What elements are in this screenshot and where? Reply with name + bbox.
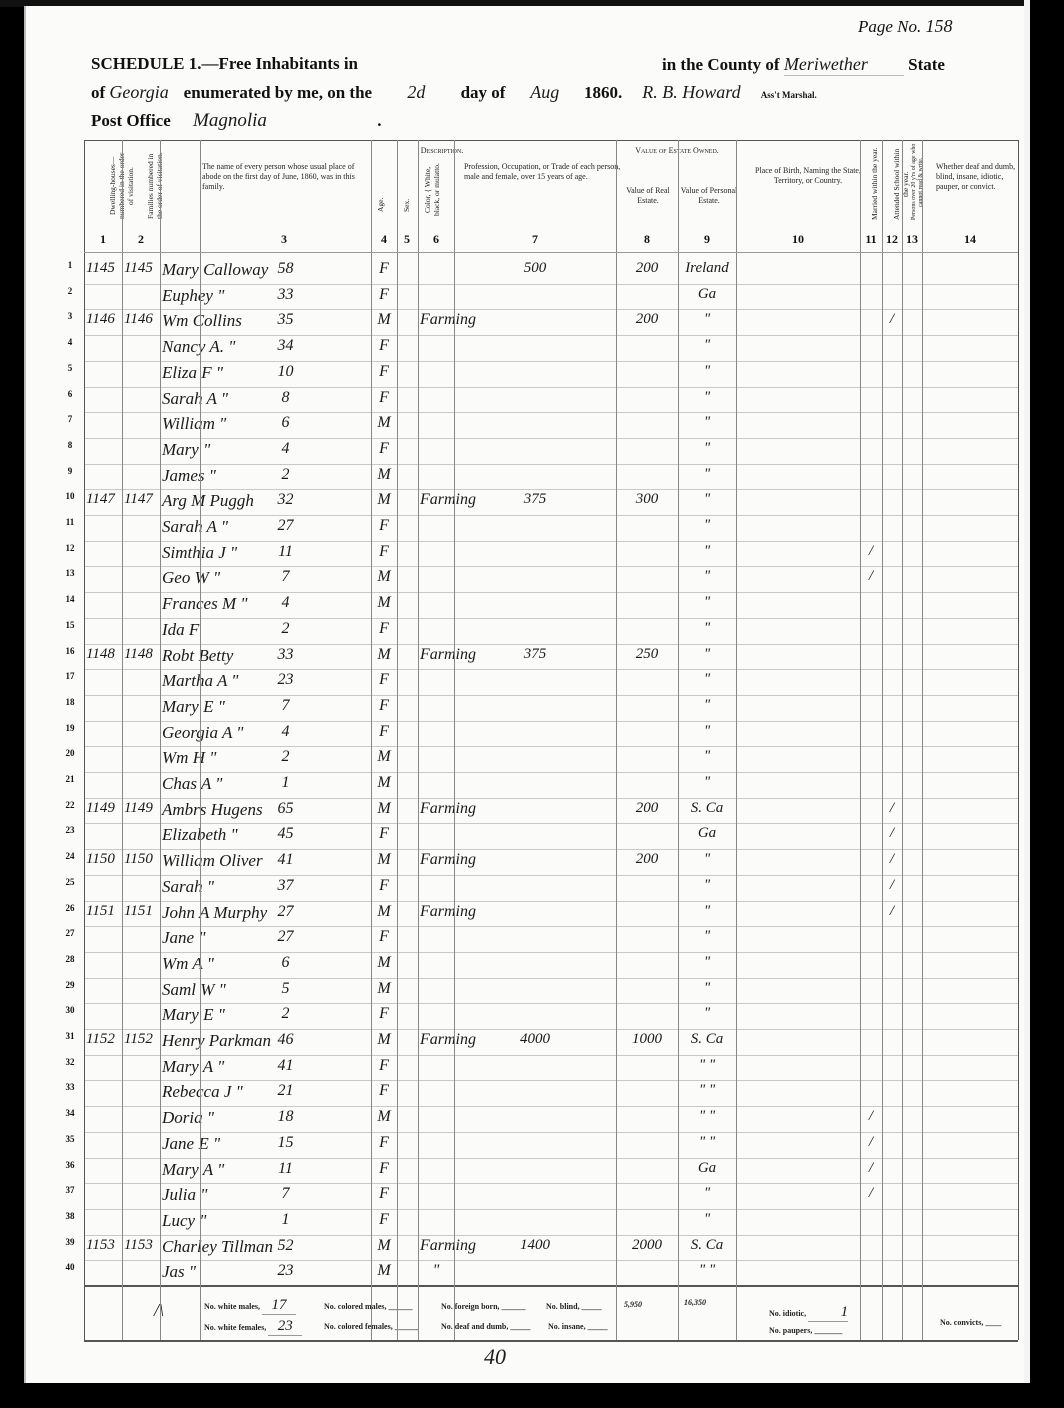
cell-personal: 1000 bbox=[618, 1031, 676, 1048]
year: 1860. bbox=[584, 83, 622, 102]
line-number-left: 18 bbox=[60, 697, 80, 707]
cell-birth: " " bbox=[680, 1082, 734, 1099]
cell-age: 1 bbox=[202, 1211, 369, 1229]
row-rule bbox=[84, 438, 1018, 439]
line-number-left: 10 bbox=[60, 491, 80, 501]
line-number-left: 33 bbox=[60, 1082, 80, 1092]
cell-sex: F bbox=[373, 697, 395, 715]
enumerated-label: enumerated by me, on the bbox=[184, 83, 372, 102]
cell-c13: / bbox=[884, 877, 900, 894]
line-number-left: 6 bbox=[60, 389, 80, 399]
cell-age: 6 bbox=[202, 414, 369, 432]
line-number-left: 19 bbox=[60, 723, 80, 733]
row-rule bbox=[84, 1003, 1018, 1004]
cell-age: 4 bbox=[202, 594, 369, 612]
colored-males-label: No. colored males, bbox=[324, 1302, 387, 1311]
cell-sex: M bbox=[373, 1108, 395, 1126]
cell-real: 500 bbox=[456, 260, 614, 277]
line-number-left: 25 bbox=[60, 877, 80, 887]
cell-age: 4 bbox=[202, 723, 369, 741]
cell-birth: Ga bbox=[680, 1160, 734, 1177]
cell-sex: F bbox=[373, 440, 395, 458]
line-number-left: 37 bbox=[60, 1185, 80, 1195]
row-rule bbox=[84, 1132, 1018, 1133]
line-number-left: 14 bbox=[60, 594, 80, 604]
column-number: 9 bbox=[695, 232, 719, 247]
cell-sex: F bbox=[373, 1057, 395, 1075]
cell-age: 23 bbox=[202, 671, 369, 689]
insane: No. insane, _____ bbox=[548, 1322, 608, 1331]
cell-birth: S. Ca bbox=[680, 800, 734, 817]
row-rule bbox=[84, 798, 1018, 799]
line-number-left: 40 bbox=[60, 1262, 80, 1272]
cell-dwelling: 1153 bbox=[86, 1237, 120, 1254]
column-rule bbox=[160, 140, 161, 1340]
col-header-real-estate: Value of Real Estate. bbox=[621, 186, 675, 206]
dwellings-tally-mark: /\ bbox=[154, 1300, 164, 1321]
cell-sex: M bbox=[373, 1262, 395, 1280]
convicts: No. convicts, ____ bbox=[940, 1318, 1001, 1327]
cell-birth: " bbox=[680, 594, 734, 611]
cell-birth: " bbox=[680, 311, 734, 328]
line-number-left: 39 bbox=[60, 1237, 80, 1247]
estate-group-header: Value of Estate Owned. bbox=[617, 146, 737, 156]
cell-occupation: Farming bbox=[420, 903, 452, 921]
column-rule bbox=[860, 140, 861, 1340]
cell-dwelling: 1147 bbox=[86, 491, 120, 508]
col-header-occupation: Profession, Occupation, or Trade of each… bbox=[464, 162, 624, 182]
day-of-label: day of bbox=[461, 83, 506, 102]
row-rule bbox=[84, 1158, 1018, 1159]
line-number-left: 15 bbox=[60, 620, 80, 630]
line-number-left: 21 bbox=[60, 774, 80, 784]
marshal-label: Ass't Marshal. bbox=[761, 90, 817, 100]
cell-family: 1146 bbox=[124, 311, 158, 328]
cell-real: 375 bbox=[456, 491, 614, 508]
cell-age: 2 bbox=[202, 466, 369, 484]
cell-occupation: Farming bbox=[420, 851, 452, 869]
row-rule bbox=[84, 669, 1018, 670]
cell-c12: / bbox=[862, 543, 880, 560]
cell-personal: 200 bbox=[618, 260, 676, 277]
cell-c12: / bbox=[862, 1134, 880, 1151]
cell-age: 27 bbox=[202, 517, 369, 535]
cell-birth: " bbox=[680, 620, 734, 637]
cell-dwelling: 1148 bbox=[86, 646, 120, 663]
row-rule bbox=[84, 541, 1018, 542]
cell-sex: F bbox=[373, 671, 395, 689]
cell-family: 1148 bbox=[124, 646, 158, 663]
cell-birth: " bbox=[680, 543, 734, 560]
cell-c12: / bbox=[862, 568, 880, 585]
col-header-name: The name of every person whose usual pla… bbox=[202, 162, 362, 192]
cell-birth: " bbox=[680, 723, 734, 740]
line-number-left: 32 bbox=[60, 1057, 80, 1067]
cell-c13: / bbox=[884, 311, 900, 328]
cell-age: 5 bbox=[202, 980, 369, 998]
post-office-dot: . bbox=[377, 111, 381, 130]
row-rule bbox=[84, 592, 1018, 593]
line-number-left: 1 bbox=[60, 260, 80, 270]
cell-c13: / bbox=[884, 825, 900, 842]
column-rule bbox=[200, 140, 201, 1340]
column-number: 6 bbox=[424, 232, 448, 247]
column-rule bbox=[736, 140, 737, 1340]
row-rule bbox=[84, 566, 1018, 567]
cell-personal: 300 bbox=[618, 491, 676, 508]
cell-birth: S. Ca bbox=[680, 1237, 734, 1254]
cell-age: 2 bbox=[202, 748, 369, 766]
cell-birth: " bbox=[680, 1005, 734, 1022]
convicts-label: No. convicts, bbox=[940, 1318, 983, 1327]
line-number-left: 20 bbox=[60, 748, 80, 758]
summary-bottom-rule bbox=[84, 1340, 1018, 1342]
line-number-left: 38 bbox=[60, 1211, 80, 1221]
cell-birth: " bbox=[680, 954, 734, 971]
cell-birth: " " bbox=[680, 1108, 734, 1125]
cell-age: 18 bbox=[202, 1108, 369, 1126]
col-header-school: Attended School within the year. bbox=[892, 146, 910, 222]
cell-sex: F bbox=[373, 1082, 395, 1100]
cell-birth: " " bbox=[680, 1262, 734, 1279]
cell-sex: F bbox=[373, 389, 395, 407]
cell-sex: M bbox=[373, 903, 395, 921]
column-rule bbox=[882, 140, 883, 1340]
cell-occupation: Farming bbox=[420, 1031, 452, 1049]
row-rule bbox=[84, 695, 1018, 696]
col-header-birthplace: Place of Birth, Naming the State, Territ… bbox=[748, 166, 868, 186]
line-number-left: 34 bbox=[60, 1108, 80, 1118]
cell-sex: F bbox=[373, 337, 395, 355]
cell-age: 11 bbox=[202, 543, 369, 561]
cell-sex: M bbox=[373, 568, 395, 586]
marshal-signature: R. B. Howard bbox=[626, 82, 756, 103]
header-bottom-rule bbox=[84, 252, 1018, 253]
line-number-left: 4 bbox=[60, 337, 80, 347]
cell-dwelling: 1151 bbox=[86, 903, 120, 920]
personal-estate-total: 16,350 bbox=[684, 1298, 706, 1307]
cell-sex: F bbox=[373, 1005, 395, 1023]
column-number: 13 bbox=[900, 232, 924, 247]
column-number: 14 bbox=[958, 232, 982, 247]
row-rule bbox=[84, 875, 1018, 876]
line-number-left: 7 bbox=[60, 414, 80, 424]
cell-age: 41 bbox=[202, 1057, 369, 1075]
column-rule bbox=[902, 140, 903, 1340]
cell-age: 33 bbox=[202, 286, 369, 304]
column-rule bbox=[922, 140, 923, 1340]
line-number-left: 24 bbox=[60, 851, 80, 861]
county-value: Meriwether bbox=[784, 54, 904, 76]
column-number: 5 bbox=[395, 232, 419, 247]
cell-sex: M bbox=[373, 954, 395, 972]
cell-age: 1 bbox=[202, 774, 369, 792]
cell-dwelling: 1150 bbox=[86, 851, 120, 868]
cell-birth: " bbox=[680, 337, 734, 354]
cell-birth: " " bbox=[680, 1057, 734, 1074]
line-number-left: 26 bbox=[60, 903, 80, 913]
row-rule bbox=[84, 978, 1018, 979]
cell-age: 10 bbox=[202, 363, 369, 381]
enumeration-line: of Georgia enumerated by me, on the 2d d… bbox=[91, 82, 1021, 103]
cell-age: 2 bbox=[202, 620, 369, 638]
row-rule bbox=[84, 1235, 1018, 1236]
cell-sex: M bbox=[373, 980, 395, 998]
column-number: 7 bbox=[523, 232, 547, 247]
cell-real: 375 bbox=[456, 646, 614, 663]
row-rule bbox=[84, 618, 1018, 619]
row-rule bbox=[84, 335, 1018, 336]
row-rule bbox=[84, 284, 1018, 285]
cell-sex: F bbox=[373, 825, 395, 843]
handwritten-line-count: 40 bbox=[484, 1344, 506, 1370]
cell-sex: F bbox=[373, 620, 395, 638]
cell-sex: F bbox=[373, 1185, 395, 1203]
cell-age: 6 bbox=[202, 954, 369, 972]
cell-age: 58 bbox=[202, 260, 369, 278]
insane-label: No. insane, bbox=[548, 1322, 586, 1331]
row-rule bbox=[84, 515, 1018, 516]
page-number-label: Page No. bbox=[858, 17, 921, 36]
cell-sex: M bbox=[373, 594, 395, 612]
cell-sex: F bbox=[373, 517, 395, 535]
line-number-left: 30 bbox=[60, 1005, 80, 1015]
cell-birth: Ireland bbox=[680, 260, 734, 277]
scan-right-edge bbox=[1030, 0, 1064, 1408]
row-rule bbox=[84, 1055, 1018, 1056]
cell-age: 34 bbox=[202, 337, 369, 355]
column-rule bbox=[616, 140, 617, 1340]
paupers: No. paupers, _______ bbox=[769, 1326, 842, 1335]
cell-dwelling: 1149 bbox=[86, 800, 120, 817]
cell-age: 45 bbox=[202, 825, 369, 843]
line-number-left: 16 bbox=[60, 646, 80, 656]
cell-sex: M bbox=[373, 646, 395, 664]
white-males-value: 17 bbox=[262, 1297, 296, 1315]
cell-sex: M bbox=[373, 1031, 395, 1049]
cell-family: 1145 bbox=[124, 260, 158, 277]
line-number-left: 27 bbox=[60, 928, 80, 938]
column-number: 4 bbox=[372, 232, 396, 247]
cell-age: 11 bbox=[202, 1160, 369, 1178]
post-office-line: Post Office Magnolia . bbox=[91, 110, 382, 132]
cell-birth: " bbox=[680, 748, 734, 765]
line-number-left: 36 bbox=[60, 1160, 80, 1170]
cell-occupation: Farming bbox=[420, 491, 452, 509]
cell-age: 7 bbox=[202, 697, 369, 715]
cell-sex: M bbox=[373, 414, 395, 432]
idiotic-label: No. idiotic, bbox=[769, 1309, 806, 1318]
cell-birth: " bbox=[680, 466, 734, 483]
col-header-married: Married within the year. bbox=[870, 146, 879, 222]
column-rule bbox=[1018, 140, 1019, 1340]
cell-sex: F bbox=[373, 1211, 395, 1229]
description-group-header: Description. bbox=[402, 146, 482, 156]
cell-occupation: " bbox=[420, 1262, 452, 1280]
cell-age: 35 bbox=[202, 311, 369, 329]
row-rule bbox=[84, 1080, 1018, 1081]
line-number-left: 11 bbox=[60, 517, 80, 527]
cell-birth: " bbox=[680, 1185, 734, 1202]
cell-sex: M bbox=[373, 774, 395, 792]
cell-sex: F bbox=[373, 723, 395, 741]
cell-birth: " bbox=[680, 389, 734, 406]
row-rule bbox=[84, 901, 1018, 902]
cell-birth: " bbox=[680, 1211, 734, 1228]
column-rule bbox=[397, 140, 398, 1340]
cell-sex: M bbox=[373, 491, 395, 509]
column-number: 3 bbox=[272, 232, 296, 247]
blind-label: No. blind, bbox=[546, 1302, 580, 1311]
col-header-sex: Sex. bbox=[402, 190, 411, 220]
cell-c12: / bbox=[862, 1108, 880, 1125]
cell-personal: 200 bbox=[618, 311, 676, 328]
table-top-rule bbox=[84, 140, 1018, 141]
column-rule bbox=[371, 140, 372, 1340]
real-estate-total: 5,950 bbox=[624, 1300, 642, 1309]
cell-c12: / bbox=[862, 1185, 880, 1202]
cell-age: 65 bbox=[202, 800, 369, 818]
cell-birth: " " bbox=[680, 1134, 734, 1151]
idiotic: No. idiotic, 1 bbox=[769, 1304, 848, 1322]
cell-sex: F bbox=[373, 363, 395, 381]
month-value: Aug bbox=[510, 82, 580, 103]
cell-age: 7 bbox=[202, 568, 369, 586]
cell-birth: " bbox=[680, 517, 734, 534]
line-number-left: 28 bbox=[60, 954, 80, 964]
cell-birth: S. Ca bbox=[680, 1031, 734, 1048]
cell-age: 33 bbox=[202, 646, 369, 664]
line-number-left: 9 bbox=[60, 466, 80, 476]
day-value: 2d bbox=[376, 82, 456, 103]
col-header-family: Families numbered in the order of visita… bbox=[146, 150, 164, 222]
row-rule bbox=[84, 823, 1018, 824]
cell-age: 37 bbox=[202, 877, 369, 895]
paupers-label: No. paupers, bbox=[769, 1326, 812, 1335]
white-males-label: No. white males, bbox=[204, 1302, 260, 1311]
cell-birth: " bbox=[680, 697, 734, 714]
cell-dwelling: 1152 bbox=[86, 1031, 120, 1048]
cell-birth: " bbox=[680, 903, 734, 920]
cell-age: 32 bbox=[202, 491, 369, 509]
post-office-value: Magnolia bbox=[193, 110, 373, 132]
column-number: 10 bbox=[786, 232, 810, 247]
cell-sex: M bbox=[373, 851, 395, 869]
cell-dwelling: 1145 bbox=[86, 260, 120, 277]
colored-males: No. colored males, ______ bbox=[324, 1302, 413, 1311]
cell-age: 15 bbox=[202, 1134, 369, 1152]
column-number: 8 bbox=[635, 232, 659, 247]
cell-birth: " bbox=[680, 877, 734, 894]
page-number: Page No. 158 bbox=[858, 16, 953, 37]
row-rule bbox=[84, 926, 1018, 927]
line-number-left: 8 bbox=[60, 440, 80, 450]
cell-birth: " bbox=[680, 568, 734, 585]
line-number-left: 5 bbox=[60, 363, 80, 373]
cell-age: 46 bbox=[202, 1031, 369, 1049]
cell-c13: / bbox=[884, 851, 900, 868]
cell-family: 1151 bbox=[124, 903, 158, 920]
row-rule bbox=[84, 1183, 1018, 1184]
cell-real: 1400 bbox=[456, 1237, 614, 1254]
cell-sex: F bbox=[373, 928, 395, 946]
line-number-left: 17 bbox=[60, 671, 80, 681]
cell-sex: M bbox=[373, 748, 395, 766]
cell-birth: " bbox=[680, 928, 734, 945]
line-number-left: 29 bbox=[60, 980, 80, 990]
column-rule bbox=[454, 140, 455, 1340]
row-rule bbox=[84, 1209, 1018, 1210]
cell-birth: " bbox=[680, 980, 734, 997]
column-rule bbox=[122, 140, 123, 1340]
summary-top-rule bbox=[84, 1285, 1018, 1287]
col-header-age: Age. bbox=[376, 190, 385, 220]
cell-real: 4000 bbox=[456, 1031, 614, 1048]
cell-birth: " bbox=[680, 671, 734, 688]
column-number: 1 bbox=[91, 232, 115, 247]
cell-age: 52 bbox=[202, 1237, 369, 1255]
white-males: No. white males, 17 bbox=[204, 1297, 296, 1315]
line-number-left: 2 bbox=[60, 286, 80, 296]
cell-birth: Ga bbox=[680, 286, 734, 303]
cell-birth: " bbox=[680, 440, 734, 457]
row-rule bbox=[84, 387, 1018, 388]
page-number-value: 158 bbox=[926, 16, 953, 36]
cell-c12: / bbox=[862, 1160, 880, 1177]
row-rule bbox=[84, 1106, 1018, 1107]
cell-personal: 2000 bbox=[618, 1237, 676, 1254]
cell-occupation: Farming bbox=[420, 1237, 452, 1255]
cell-sex: M bbox=[373, 311, 395, 329]
cell-sex: F bbox=[373, 1160, 395, 1178]
deaf-dumb-label: No. deaf and dumb, bbox=[441, 1322, 508, 1331]
cell-dwelling: 1146 bbox=[86, 311, 120, 328]
cell-birth: " bbox=[680, 646, 734, 663]
line-number-left: 12 bbox=[60, 543, 80, 553]
scan-bottom-edge bbox=[0, 1383, 1064, 1408]
line-number-left: 31 bbox=[60, 1031, 80, 1041]
row-rule bbox=[84, 644, 1018, 645]
cell-age: 23 bbox=[202, 1262, 369, 1280]
white-females: No. white females, 23 bbox=[204, 1318, 302, 1336]
row-rule bbox=[84, 489, 1018, 490]
of-label: of bbox=[91, 83, 105, 102]
line-number-left: 22 bbox=[60, 800, 80, 810]
col-header-condition: Whether deaf and dumb, blind, insane, id… bbox=[936, 162, 1016, 192]
colored-females-label: No. colored females, bbox=[324, 1322, 393, 1331]
blind: No. blind, _____ bbox=[546, 1302, 602, 1311]
post-office-label: Post Office bbox=[91, 111, 171, 130]
cell-age: 21 bbox=[202, 1082, 369, 1100]
row-rule bbox=[84, 412, 1018, 413]
cell-birth: Ga bbox=[680, 825, 734, 842]
schedule-title: SCHEDULE 1.—Free Inhabitants in bbox=[91, 54, 358, 74]
county-label: in the County of bbox=[662, 55, 780, 74]
row-rule bbox=[84, 361, 1018, 362]
cell-personal: 200 bbox=[618, 851, 676, 868]
state-label: State bbox=[908, 55, 945, 74]
cell-c13: / bbox=[884, 800, 900, 817]
cell-c13: / bbox=[884, 903, 900, 920]
cell-occupation: Farming bbox=[420, 800, 452, 818]
line-number-left: 13 bbox=[60, 568, 80, 578]
cell-age: 4 bbox=[202, 440, 369, 458]
cell-personal: 250 bbox=[618, 646, 676, 663]
column-rule bbox=[678, 140, 679, 1340]
row-rule bbox=[84, 952, 1018, 953]
cell-sex: M bbox=[373, 1237, 395, 1255]
cell-age: 27 bbox=[202, 903, 369, 921]
